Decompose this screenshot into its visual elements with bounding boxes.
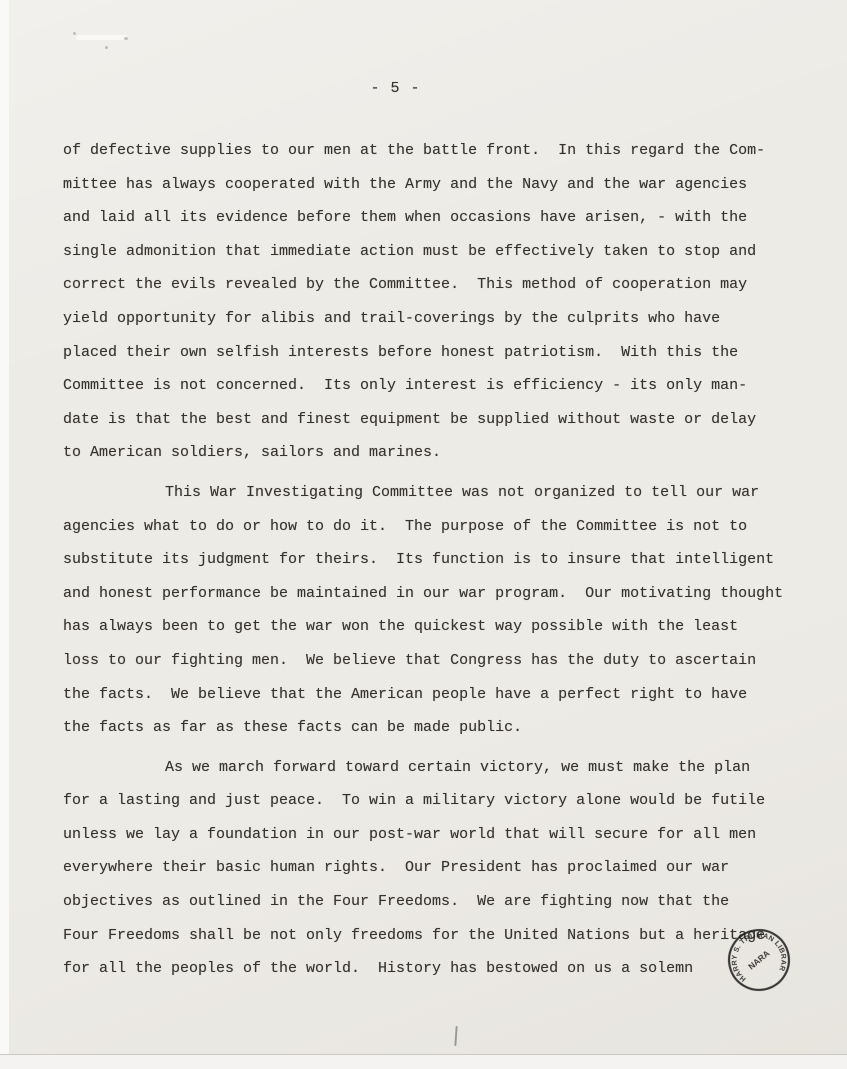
text-line: single admonition that immediate action … [63, 235, 793, 269]
text-line: objectives as outlined in the Four Freed… [63, 885, 793, 919]
text-line: and laid all its evidence before them wh… [63, 201, 793, 235]
paragraph-1: of defective supplies to our men at the … [63, 134, 793, 470]
pencil-mark [454, 1026, 457, 1046]
dust-speck [124, 37, 128, 40]
typewritten-text: of defective supplies to our men at the … [63, 134, 793, 986]
scanned-document: - 5 - of defective supplies to our men a… [0, 0, 847, 1069]
paper-sheet: - 5 - of defective supplies to our men a… [0, 0, 847, 1054]
text-line: unless we lay a foundation in our post-w… [63, 818, 793, 852]
text-line: mittee has always cooperated with the Ar… [63, 168, 793, 202]
text-line: This War Investigating Committee was not… [63, 476, 793, 510]
dust-speck [73, 32, 76, 35]
text-line: Four Freedoms shall be not only freedoms… [63, 919, 793, 953]
text-line: has always been to get the war won the q… [63, 610, 793, 644]
text-line: the facts as far as these facts can be m… [63, 711, 793, 745]
text-line: correct the evils revealed by the Commit… [63, 268, 793, 302]
paragraph-2: This War Investigating Committee was not… [63, 476, 793, 745]
text-line: date is that the best and finest equipme… [63, 403, 793, 437]
text-line: loss to our fighting men. We believe tha… [63, 644, 793, 678]
dust-speck [105, 46, 108, 49]
text-line: agencies what to do or how to do it. The… [63, 510, 793, 544]
text-line: Committee is not concerned. Its only int… [63, 369, 793, 403]
text-line: for a lasting and just peace. To win a m… [63, 784, 793, 818]
text-line: substitute its judgment for theirs. Its … [63, 543, 793, 577]
stamp-center-text: NARA [746, 948, 771, 971]
text-line: and honest performance be maintained in … [63, 577, 793, 611]
paper-bottom-edge [0, 1054, 847, 1069]
text-line: of defective supplies to our men at the … [63, 134, 793, 168]
text-line: yield opportunity for alibis and trail-c… [63, 302, 793, 336]
page-number: - 5 - [63, 80, 728, 97]
text-line: the facts. We believe that the American … [63, 678, 793, 712]
paragraph-3: As we march forward toward certain victo… [63, 751, 793, 986]
text-line: placed their own selfish interests befor… [63, 336, 793, 370]
text-line: to American soldiers, sailors and marine… [63, 436, 793, 470]
scan-edge-strip [0, 0, 9, 1054]
smudge-mark [76, 35, 128, 40]
text-line: As we march forward toward certain victo… [63, 751, 793, 785]
text-line: everywhere their basic human rights. Our… [63, 851, 793, 885]
text-line: for all the peoples of the world. Histor… [63, 952, 793, 986]
